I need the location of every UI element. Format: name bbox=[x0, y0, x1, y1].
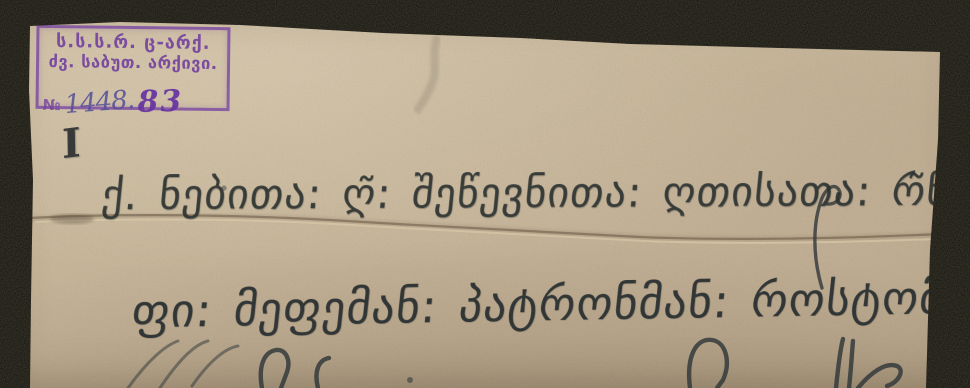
stamp-row2: ძვ. საბუთ. არქივი. bbox=[39, 52, 227, 74]
library-stamp: ს.ს.ს.რ. ც-არქ. ძვ. საბუთ. არქივი. № 144… bbox=[35, 25, 230, 111]
stamp-row1: ს.ს.ს.რ. ც-არქ. bbox=[39, 32, 227, 54]
smudge bbox=[416, 36, 438, 112]
stamp-number-row: № 1448. 83 bbox=[42, 83, 184, 120]
manuscript-scan: ს.ს.ს.რ. ც-არქ. ძვ. საბუთ. არქივი. № 144… bbox=[0, 0, 970, 388]
archive-number-stamped: 83 bbox=[138, 84, 185, 120]
folio-mark: I bbox=[62, 119, 81, 169]
parchment: ს.ს.ს.რ. ც-არქ. ძვ. საბუთ. არქივი. № 144… bbox=[0, 0, 970, 388]
descender-hatches bbox=[128, 341, 238, 388]
number-sign: № bbox=[42, 96, 60, 114]
archive-number-handwritten: 1448. bbox=[64, 85, 135, 120]
manuscript-line-1: ქ. ნებითა: ღ̃: შეწევნითა: ღთისათა: რ̃ნ: … bbox=[100, 166, 970, 220]
